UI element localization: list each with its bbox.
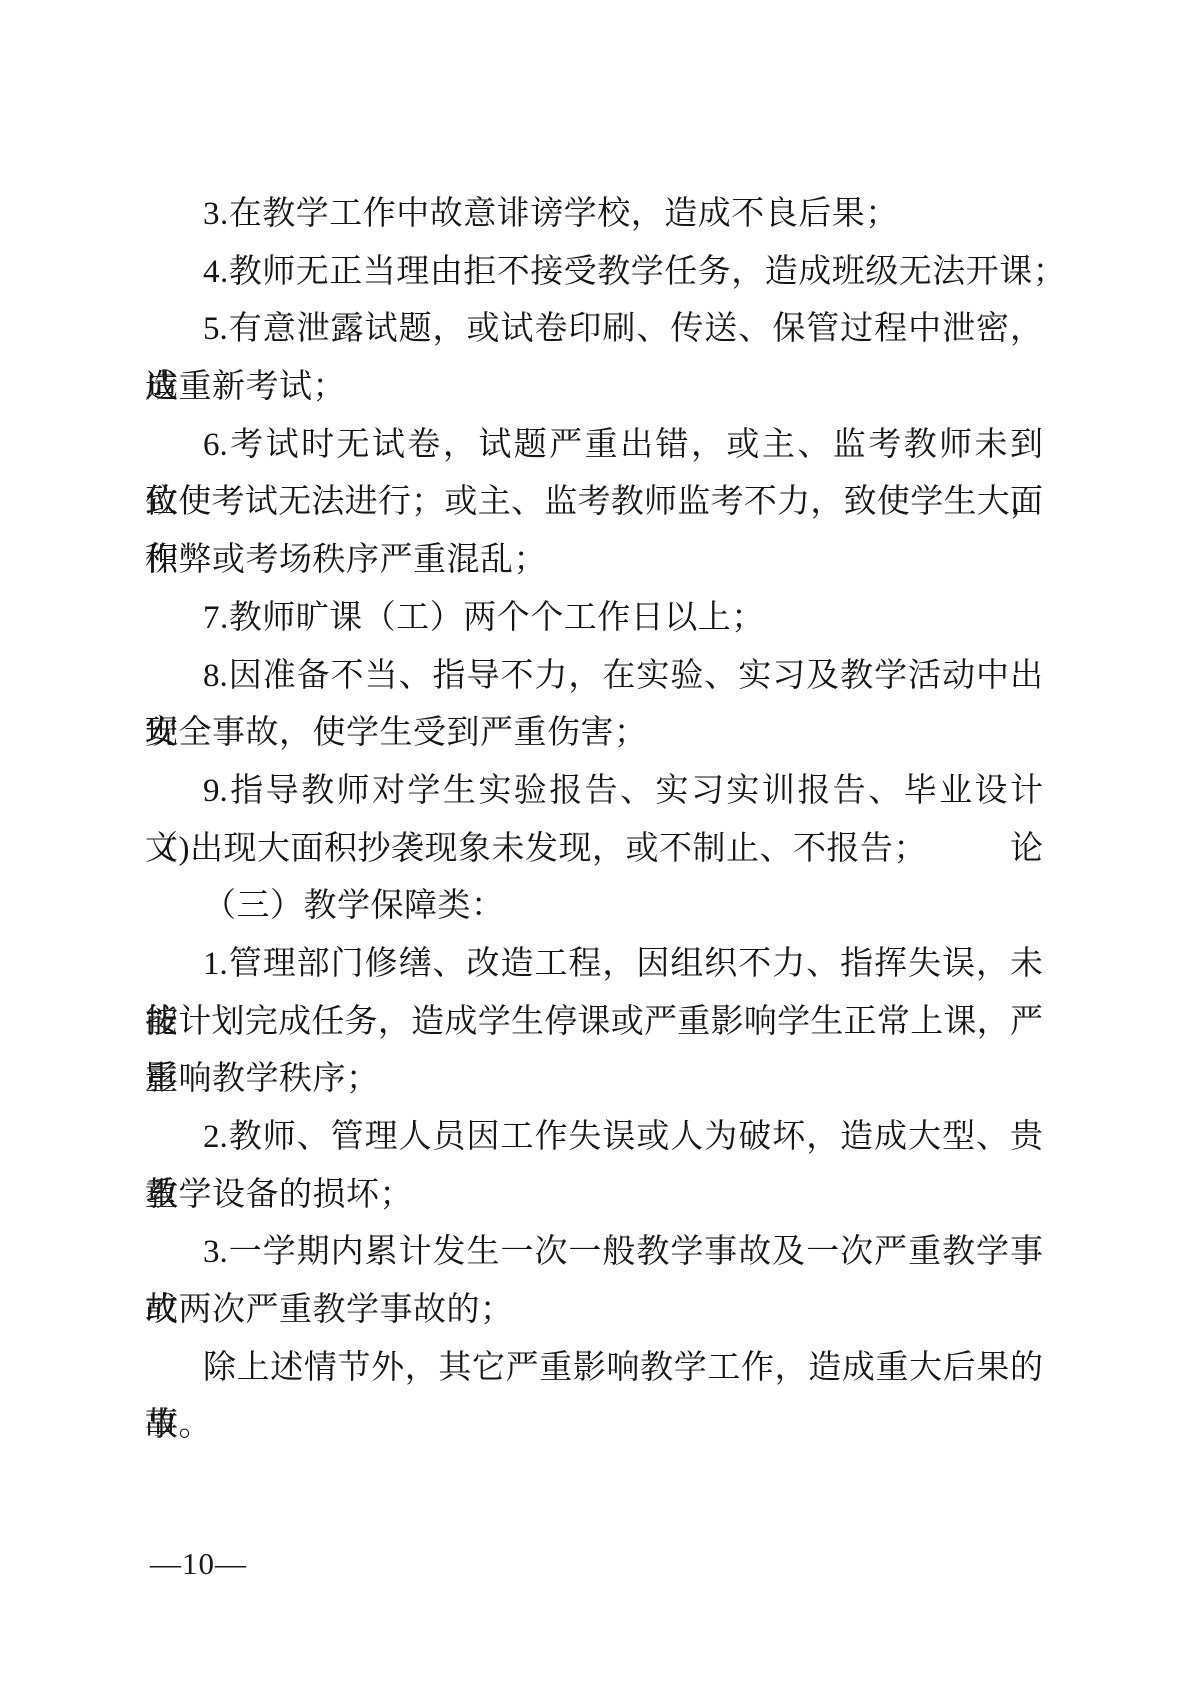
text-line: 3.在教学工作中故意诽谤学校，造成不良后果；: [145, 186, 1043, 244]
text-line: （三）教学保障类：: [145, 878, 1043, 936]
text-line: 或两次严重教学事故的；: [145, 1282, 1043, 1340]
text-line: 3.一学期内累计发生一次一般教学事故及一次严重教学事故: [145, 1224, 1043, 1282]
text-line: 影响教学秩序；: [145, 1051, 1043, 1109]
document-body: 3.在教学工作中故意诽谤学校，造成不良后果；4.教师无正当理由拒不接受教学任务，…: [145, 186, 1043, 1455]
text-line: 按计划完成任务，造成学生停课或严重影响学生正常上课，严重: [145, 994, 1043, 1052]
text-line: 7.教师旷课（工）两个个工作日以上；: [145, 590, 1043, 648]
text-line: 9.指导教师对学生实验报告、实习实训报告、毕业设计（论: [145, 763, 1043, 821]
text-line: 5.有意泄露试题，或试卷印刷、传送、保管过程中泄密，造: [145, 301, 1043, 359]
text-line: 除上述情节外，其它严重影响教学工作，造成重大后果的事: [145, 1340, 1043, 1398]
text-line: 8.因准备不当、指导不力，在实验、实习及教学活动中出现: [145, 648, 1043, 706]
text-line: 4.教师无正当理由拒不接受教学任务，造成班级无法开课；: [145, 244, 1043, 302]
text-line: 故。: [145, 1397, 1043, 1455]
text-line: 2.教师、管理人员因工作失误或人为破坏，造成大型、贵重: [145, 1109, 1043, 1167]
text-line: 文)出现大面积抄袭现象未发现，或不制止、不报告；: [145, 821, 1043, 879]
document-page: 3.在教学工作中故意诽谤学校，造成不良后果；4.教师无正当理由拒不接受教学任务，…: [0, 0, 1191, 1684]
text-line: 致使考试无法进行；或主、监考教师监考不力，致使学生大面积: [145, 474, 1043, 532]
text-line: 作弊或考场秩序严重混乱；: [145, 532, 1043, 590]
text-line: 教学设备的损坏；: [145, 1167, 1043, 1225]
text-line: 1.管理部门修缮、改造工程，因组织不力、指挥失误，未能: [145, 936, 1043, 994]
text-line: 6.考试时无试卷，试题严重出错，或主、监考教师未到位，: [145, 417, 1043, 475]
page-number: —10—: [150, 1544, 247, 1584]
text-line: 成重新考试；: [145, 359, 1043, 417]
text-line: 安全事故，使学生受到严重伤害；: [145, 705, 1043, 763]
